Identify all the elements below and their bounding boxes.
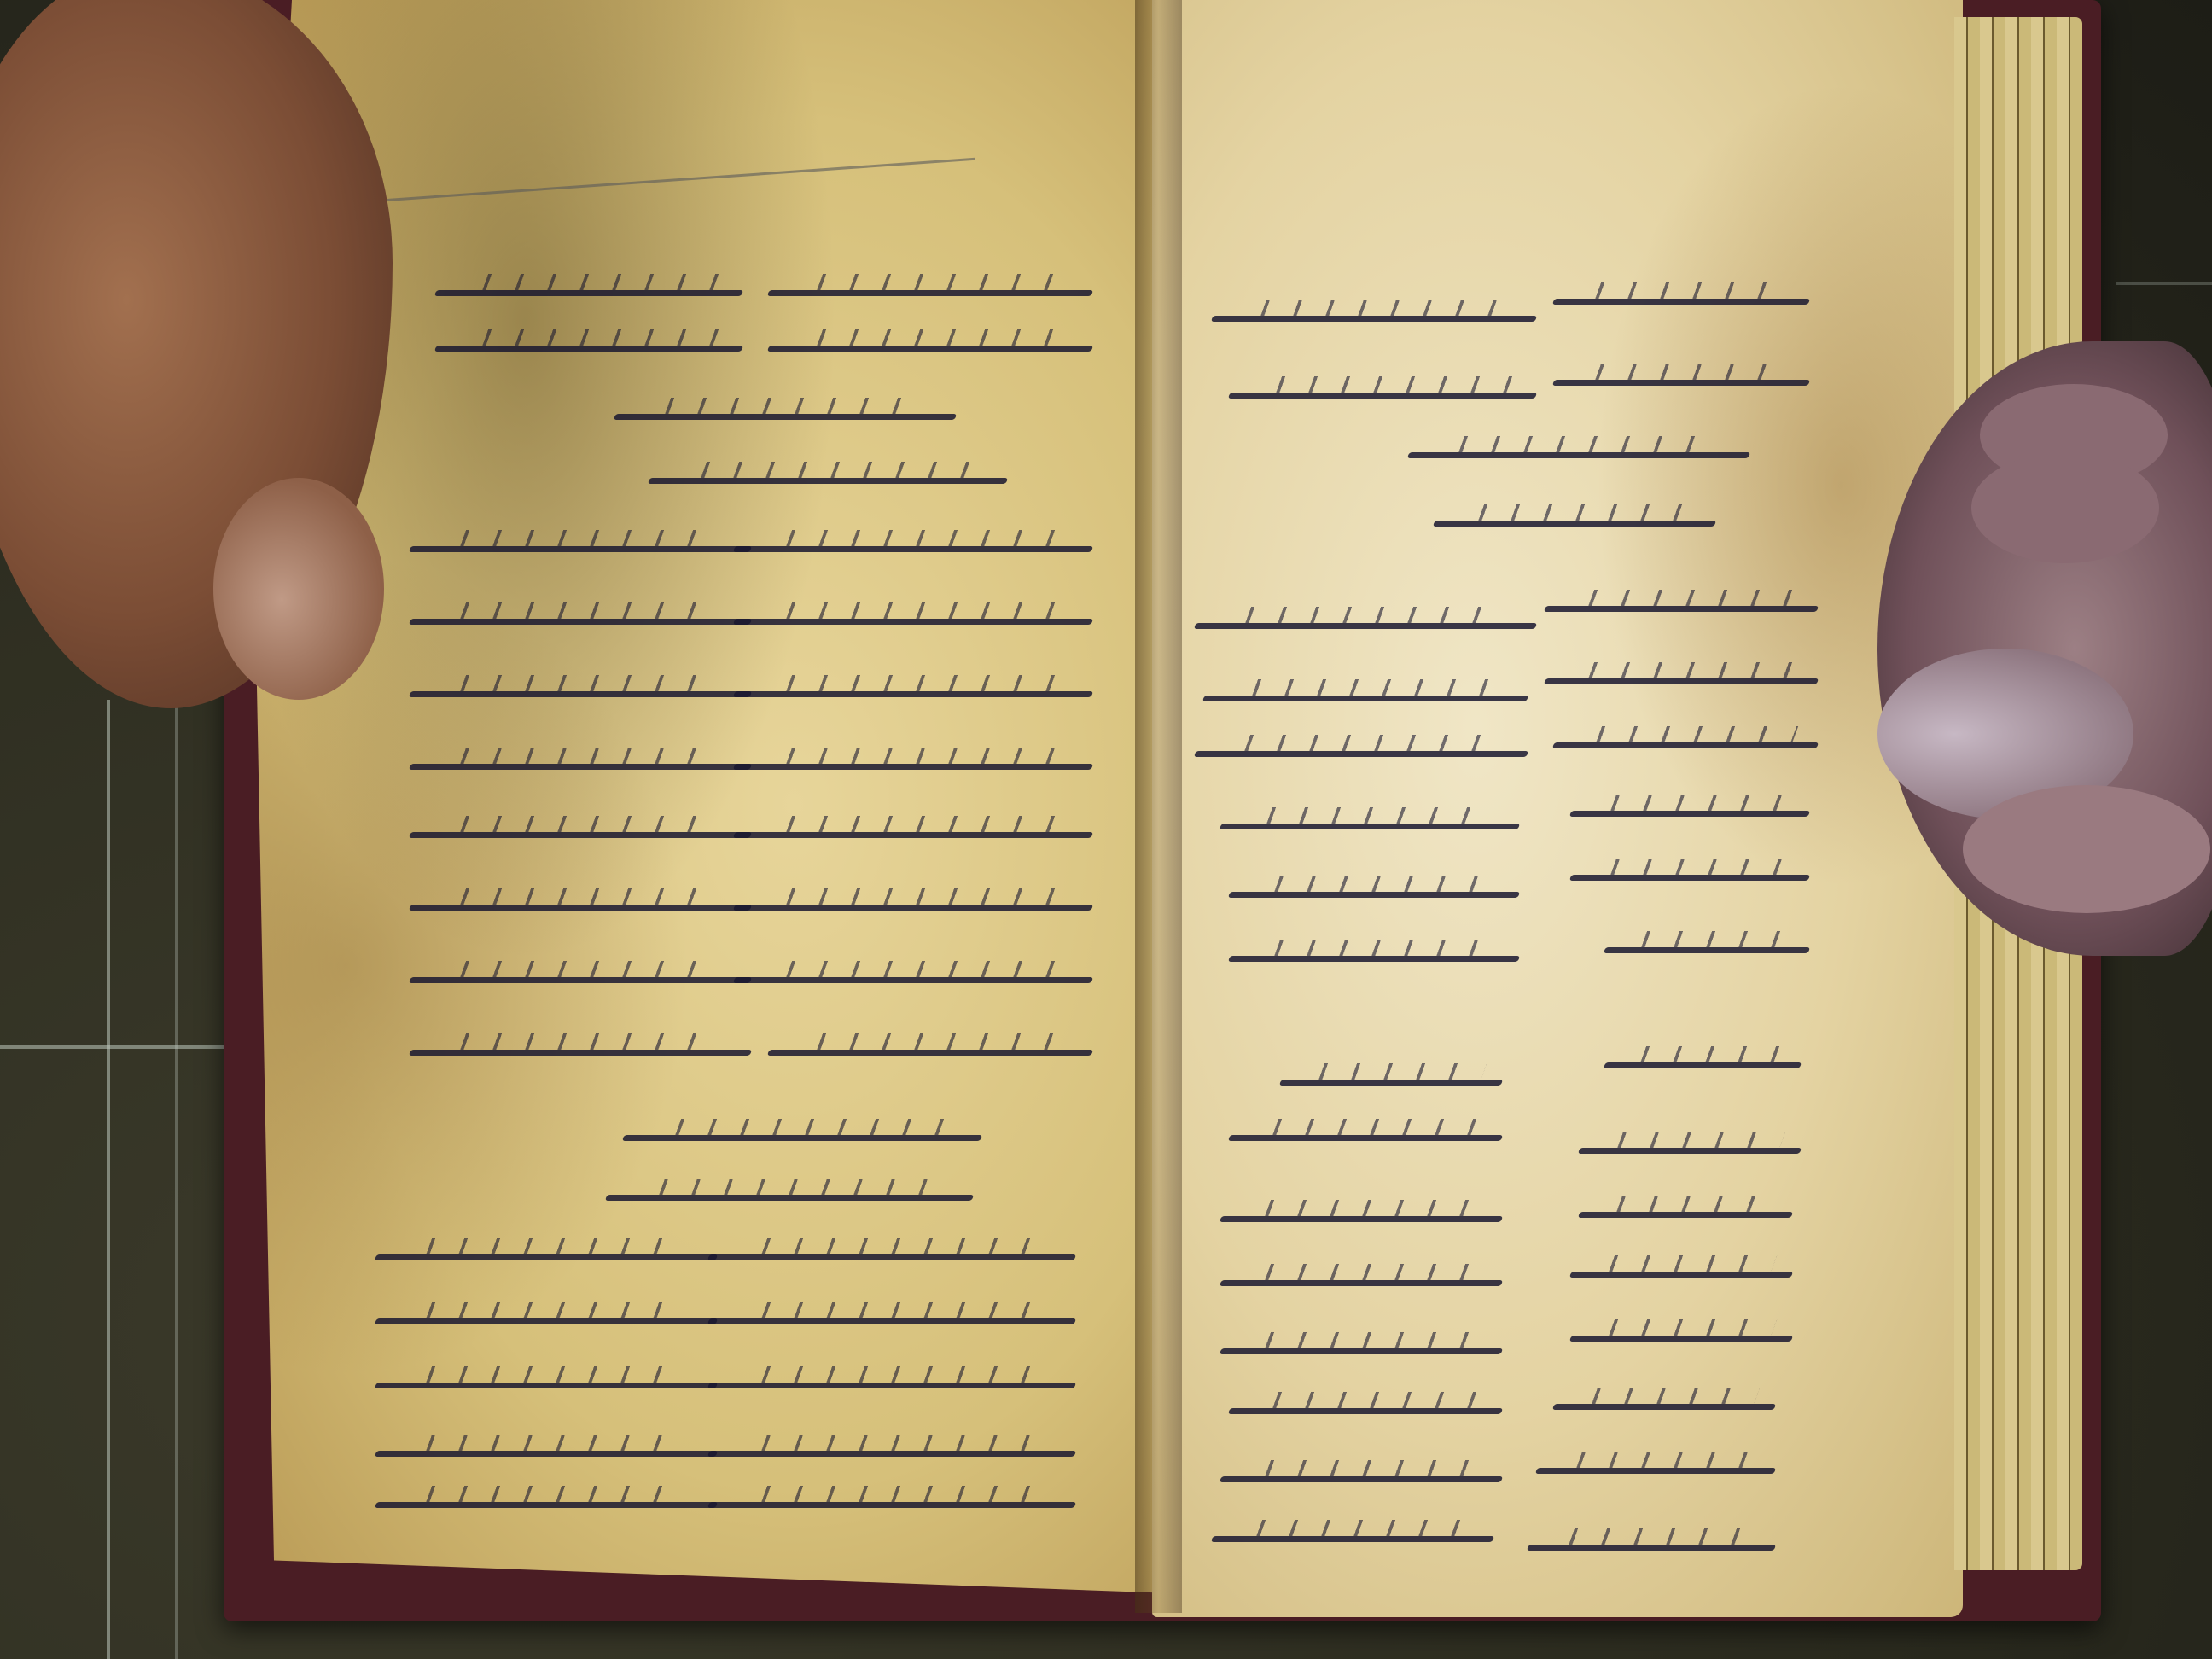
book-gutter [1135,0,1182,1613]
right-finger [1971,452,2159,563]
mat-grid-line [0,1045,239,1049]
right-finger [1963,785,2210,913]
mat-grid-line [175,700,178,1659]
left-thumb [213,478,384,700]
mat-grid-line [2116,282,2212,285]
mat-grid-line [107,700,110,1659]
